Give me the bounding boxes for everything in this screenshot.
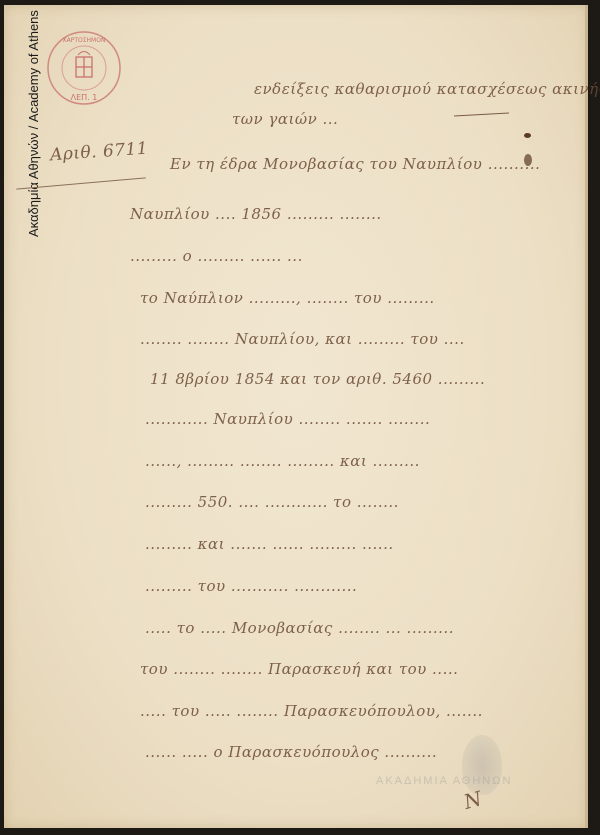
svg-text:ΛΕΠ. 1: ΛΕΠ. 1	[71, 93, 98, 102]
body-line: το Ναύπλιον ........., ........ του ....…	[140, 289, 435, 307]
title-line-2: των γαιών ...	[232, 110, 338, 128]
body-line: Εν τη έδρα Μονοβασίας του Ναυπλίου .....…	[170, 155, 540, 173]
body-line: ............ Ναυπλίου ........ ....... .…	[145, 410, 430, 428]
body-line: ......, ......... ........ ......... και…	[145, 452, 420, 470]
title-underline	[454, 113, 509, 117]
reference-number: Αριθ. 6711	[49, 139, 148, 166]
ink-spot	[524, 154, 532, 166]
body-line: ......... και ....... ...... ......... .…	[145, 535, 394, 553]
body-line: 11 8βρίου 1854 και τον αριθ. 5460 ......…	[150, 370, 485, 388]
body-line: ..... το ..... Μονοβασίας ........ ... .…	[145, 619, 454, 637]
title-line-1: ενδείξεις καθαρισμού κατασχέσεως ακινή-	[254, 80, 600, 98]
watermark: ΑΚΑΔΗΜΙΑ ΑΘΗΝΩΝ	[376, 775, 512, 787]
archive-label: Ακαδημία Αθηνών / Academy of Athens	[26, 10, 41, 237]
body-line: του ........ ........ Παρασκευή και του …	[140, 660, 458, 678]
paper-edge	[585, 5, 588, 828]
svg-text:ΧΑΡΤΟΣΗΜΟΝ: ΧΑΡΤΟΣΗΜΟΝ	[63, 37, 106, 44]
body-line: ......... ο ......... ...... ...	[130, 247, 303, 265]
body-line: ......... 550. .... ............ το ....…	[145, 493, 399, 511]
manuscript-page: ΛΕΠ. 1 ΧΑΡΤΟΣΗΜΟΝ Ακαδημία Αθηνών / Acad…	[4, 5, 588, 828]
ink-spot	[524, 133, 531, 138]
body-line: ...... ..... ο Παρασκευόπουλος .........…	[145, 743, 437, 761]
body-line: Ναυπλίου .... 1856 ......... ........	[130, 205, 382, 223]
body-line: ..... του ..... ........ Παρασκευόπουλου…	[140, 702, 483, 720]
revenue-stamp-icon: ΛΕΠ. 1 ΧΑΡΤΟΣΗΜΟΝ	[44, 30, 124, 110]
body-line: ......... του ........... ............	[145, 577, 357, 595]
body-line: ........ ........ Ναυπλίου, και ........…	[140, 330, 465, 348]
